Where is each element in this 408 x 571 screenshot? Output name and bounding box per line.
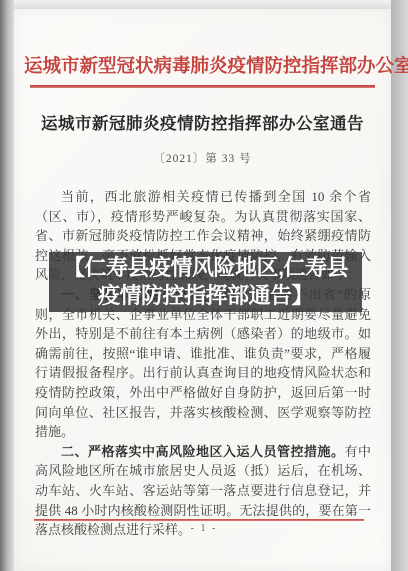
photo-edge-top bbox=[0, 0, 408, 9]
paragraph-3-heading: 二、严格落实中高风险地区入运人员管控措施。 bbox=[61, 444, 344, 459]
letterhead-org-title: 运城市新型冠状病毒肺炎疫情防控指挥部办公室 bbox=[24, 54, 381, 78]
caption-overlay: 【仁寿县疫情风险地区,仁寿县 疫情防控指挥部通告】 bbox=[49, 252, 362, 312]
photo-edge-right bbox=[391, 0, 408, 571]
page-number: - 1 - bbox=[0, 523, 408, 534]
letterhead-rule bbox=[30, 85, 375, 88]
photo-edge-left bbox=[0, 0, 14, 571]
notice-title: 运城市新冠肺炎疫情防控指挥部办公室通告 bbox=[14, 110, 391, 134]
doc-number: 〔2021〕第 33 号 bbox=[14, 150, 391, 166]
caption-line-2: 疫情防控指挥部通告】 bbox=[98, 282, 313, 310]
document-photo: 运城市新型冠状病毒肺炎疫情防控指挥部办公室 运城市新冠肺炎疫情防控指挥部办公室通… bbox=[0, 0, 408, 571]
caption-line-1: 【仁寿县疫情风险地区,仁寿县 bbox=[63, 254, 348, 282]
footer-rule bbox=[34, 519, 364, 521]
notice-body: 当前，西北旅游相关疫情已传播到全国 10 余个省（区、市），疫情形势严峻复杂。为… bbox=[35, 187, 371, 540]
